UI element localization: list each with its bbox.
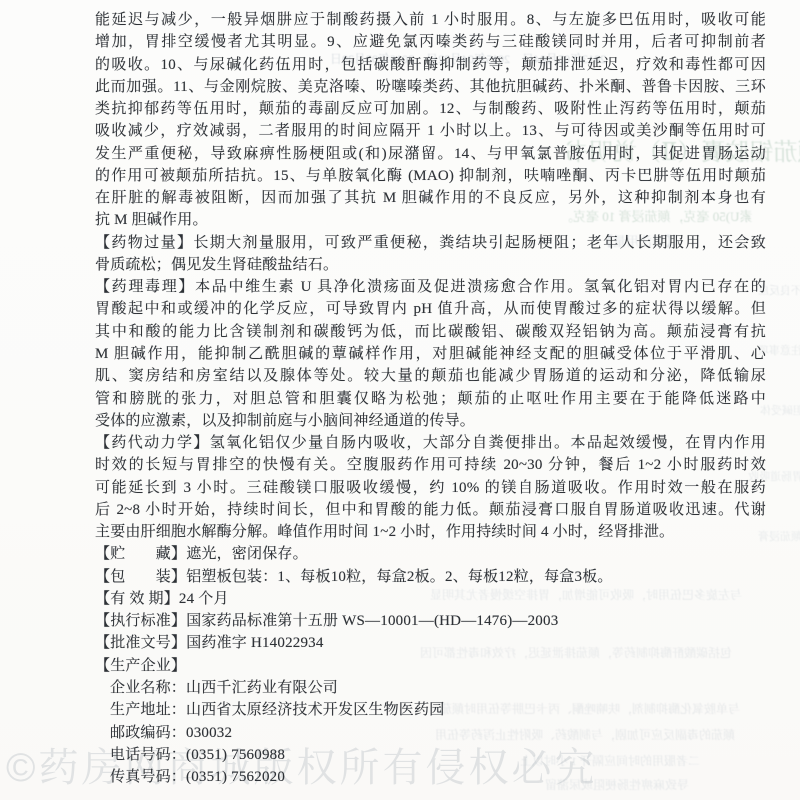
section-executive-standard: 【执行标准】国家药品标准第十五册 WS—10001—(HD—1476)—2003	[95, 610, 766, 632]
text-line: 【药物过量】长期大剂量服用，可致严重便秘，粪结块引起肠梗阻；老年人长期服用，还会…	[95, 232, 766, 254]
text-line: 【有 效 期】24 个月	[95, 588, 766, 610]
text-line: 可能延长到 3 小时。三硅酸镁口服吸收缓慢，约 10% 的镁自肠道吸收。作用时效…	[95, 477, 766, 499]
text-line: 【药理毒理】本品中维生素 U 具净化溃疡面及促进溃疡愈合作用。氢氧化铝对胃内已存…	[95, 276, 766, 298]
leaflet-page: 2013年05月04日 2015年04月22日 2016年03月29日维U颠茄铝…	[0, 0, 800, 800]
section-packaging: 【包 装】铝塑板包装：1、每板10粒，每盒2板。2、每板12粒，每盒3板。	[95, 566, 766, 588]
text-line: 管和膀胱的张力，对胆总管和胆囊仅略为松弛；颠茄的止呕吐作用主要在于能降低迷路中	[95, 388, 766, 410]
text-line: 主要由肝细胞水解酶分解。峰值作用时间 1~2 小时，作用持续时间 4 小时，经肾…	[95, 521, 766, 543]
section-manufacturer: 【生产企业】企业名称：山西千汇药业有限公司生产地址：山西省太原经济技术开发区生物…	[95, 655, 766, 789]
text-line: 在肝脏的解毒被阻断，因而加强了其抗 M 胆碱作用的不良反应，另外，这种抑制剂本身…	[95, 187, 766, 209]
section-pharmacology-toxicology: 【药理毒理】本品中维生素 U 具净化溃疡面及促进溃疡愈合作用。氢氧化铝对胃内已存…	[95, 276, 766, 432]
text-line: 骨质疏松；偶见发生肾硅酸盐结石。	[95, 254, 766, 276]
text-line: 企业名称：山西千汇药业有限公司	[95, 677, 766, 699]
text-line: 胃酸起中和或缓冲的化学反应，可导致胃内 pH 值升高，从而使胃酸过多的症状得以缓…	[95, 298, 766, 320]
text-line: 生产地址：山西省太原经济技术开发区生物医药园	[95, 699, 766, 721]
text-line: 电话号码：(0351) 7560988	[95, 744, 766, 766]
text-line: M 胆碱作用，能抑制乙酰胆碱的蕈碱样作用，对胆碱能神经支配的胆碱受体位于平滑肌、…	[95, 343, 766, 365]
text-line: 【包 装】铝塑板包装：1、每板10粒，每盒2板。2、每板12粒，每盒3板。	[95, 566, 766, 588]
text-line: 发生严重便秘，导致麻痹性肠梗阻或(和)尿潴留。14、与甲氧氯普胺伍用时，其促进胃…	[95, 143, 766, 165]
leaflet-text-column: 能延迟与减少，一般异烟肼应于制酸药摄入前 1 小时服用。8、与左旋多巴伍用时，吸…	[95, 9, 766, 788]
text-line: 【执行标准】国家药品标准第十五册 WS—10001—(HD—1476)—2003	[95, 610, 766, 632]
text-line: 抗 M 胆碱作用。	[95, 209, 766, 231]
text-line: 【贮 藏】遮光，密闭保存。	[95, 543, 766, 565]
text-line: 类抗抑郁药等伍用时，颠茄的毒副反应可加剧。12、与制酸药、吸附性止泻药等伍用时，…	[95, 98, 766, 120]
text-line: 【批准文号】国药准字 H14022934	[95, 632, 766, 654]
text-line: 的作用可被颠茄所拮抗。15、与单胺氧化酶 (MAO) 抑制剂，呋喃唑酮、丙卡巴肼…	[95, 165, 766, 187]
text-line: 时效的长短与胃排空的快慢有关。空腹服药作用可持续 20~30 分钟，餐后 1~2…	[95, 454, 766, 476]
text-line: 肌、窦房结和房室结以及腺体等处。较大量的颠茄也能减少胃肠道的运动和分泌，降低输尿	[95, 365, 766, 387]
text-line: 的吸收。10、与尿碱化药伍用时，包括碳酸酐酶抑制药等，颠茄排泄延迟，疗效和毒性都…	[95, 54, 766, 76]
text-line: 传真号码：(0351) 7562020	[95, 766, 766, 788]
text-line: 其中和酸的能力比含镁制剂和碳酸钙为低，而比碳酸铝、碳酸双羟铝钠为高。颠茄浸膏有抗	[95, 321, 766, 343]
section-pharmacokinetics: 【药代动力学】氢氧化铝仅少量自肠内吸收，大部分自粪便排出。本品起效缓慢，在胃内作…	[95, 432, 766, 543]
text-line: 邮政编码：030032	[95, 722, 766, 744]
section-storage: 【贮 藏】遮光，密闭保存。	[95, 543, 766, 565]
section-approval-number: 【批准文号】国药准字 H14022934	[95, 632, 766, 654]
section-drug-interactions-continued: 能延迟与减少，一般异烟肼应于制酸药摄入前 1 小时服用。8、与左旋多巴伍用时，吸…	[95, 9, 766, 232]
text-line: 【生产企业】	[95, 655, 766, 677]
text-line: 【药代动力学】氢氧化铝仅少量自肠内吸收，大部分自粪便排出。本品起效缓慢，在胃内作…	[95, 432, 766, 454]
text-line: 能延迟与减少，一般异烟肼应于制酸药摄入前 1 小时服用。8、与左旋多巴伍用时，吸…	[95, 9, 766, 31]
section-validity-period: 【有 效 期】24 个月	[95, 588, 766, 610]
text-line: 受体的应激素，以及抑制前庭与小脑间神经通道的传导。	[95, 410, 766, 432]
section-overdose: 【药物过量】长期大剂量服用，可致严重便秘，粪结块引起肠梗阻；老年人长期服用，还会…	[95, 232, 766, 277]
text-line: 增加，胃排空缓慢者尤其明显。9、应避免氯丙嗪类药与三硅酸镁同时并用，后者可抑制前…	[95, 31, 766, 53]
text-line: 此而加强。11、与金刚烷胺、美克洛嗪、吩噻嗪类药、其他抗胆碱药、扑米酮、普鲁卡因…	[95, 76, 766, 98]
bleedthrough-line: 胆碱受体	[760, 402, 800, 418]
text-line: 吸收减少，疗效减弱，二者服用的时间应隔开 1 小时以上。13、与可待因或美沙酮等…	[95, 120, 766, 142]
text-line: 后 2~8 小时开始，持续时间长，但中和胃酸的能力低。颠茄浸膏口服自胃肠道吸收迅…	[95, 499, 766, 521]
